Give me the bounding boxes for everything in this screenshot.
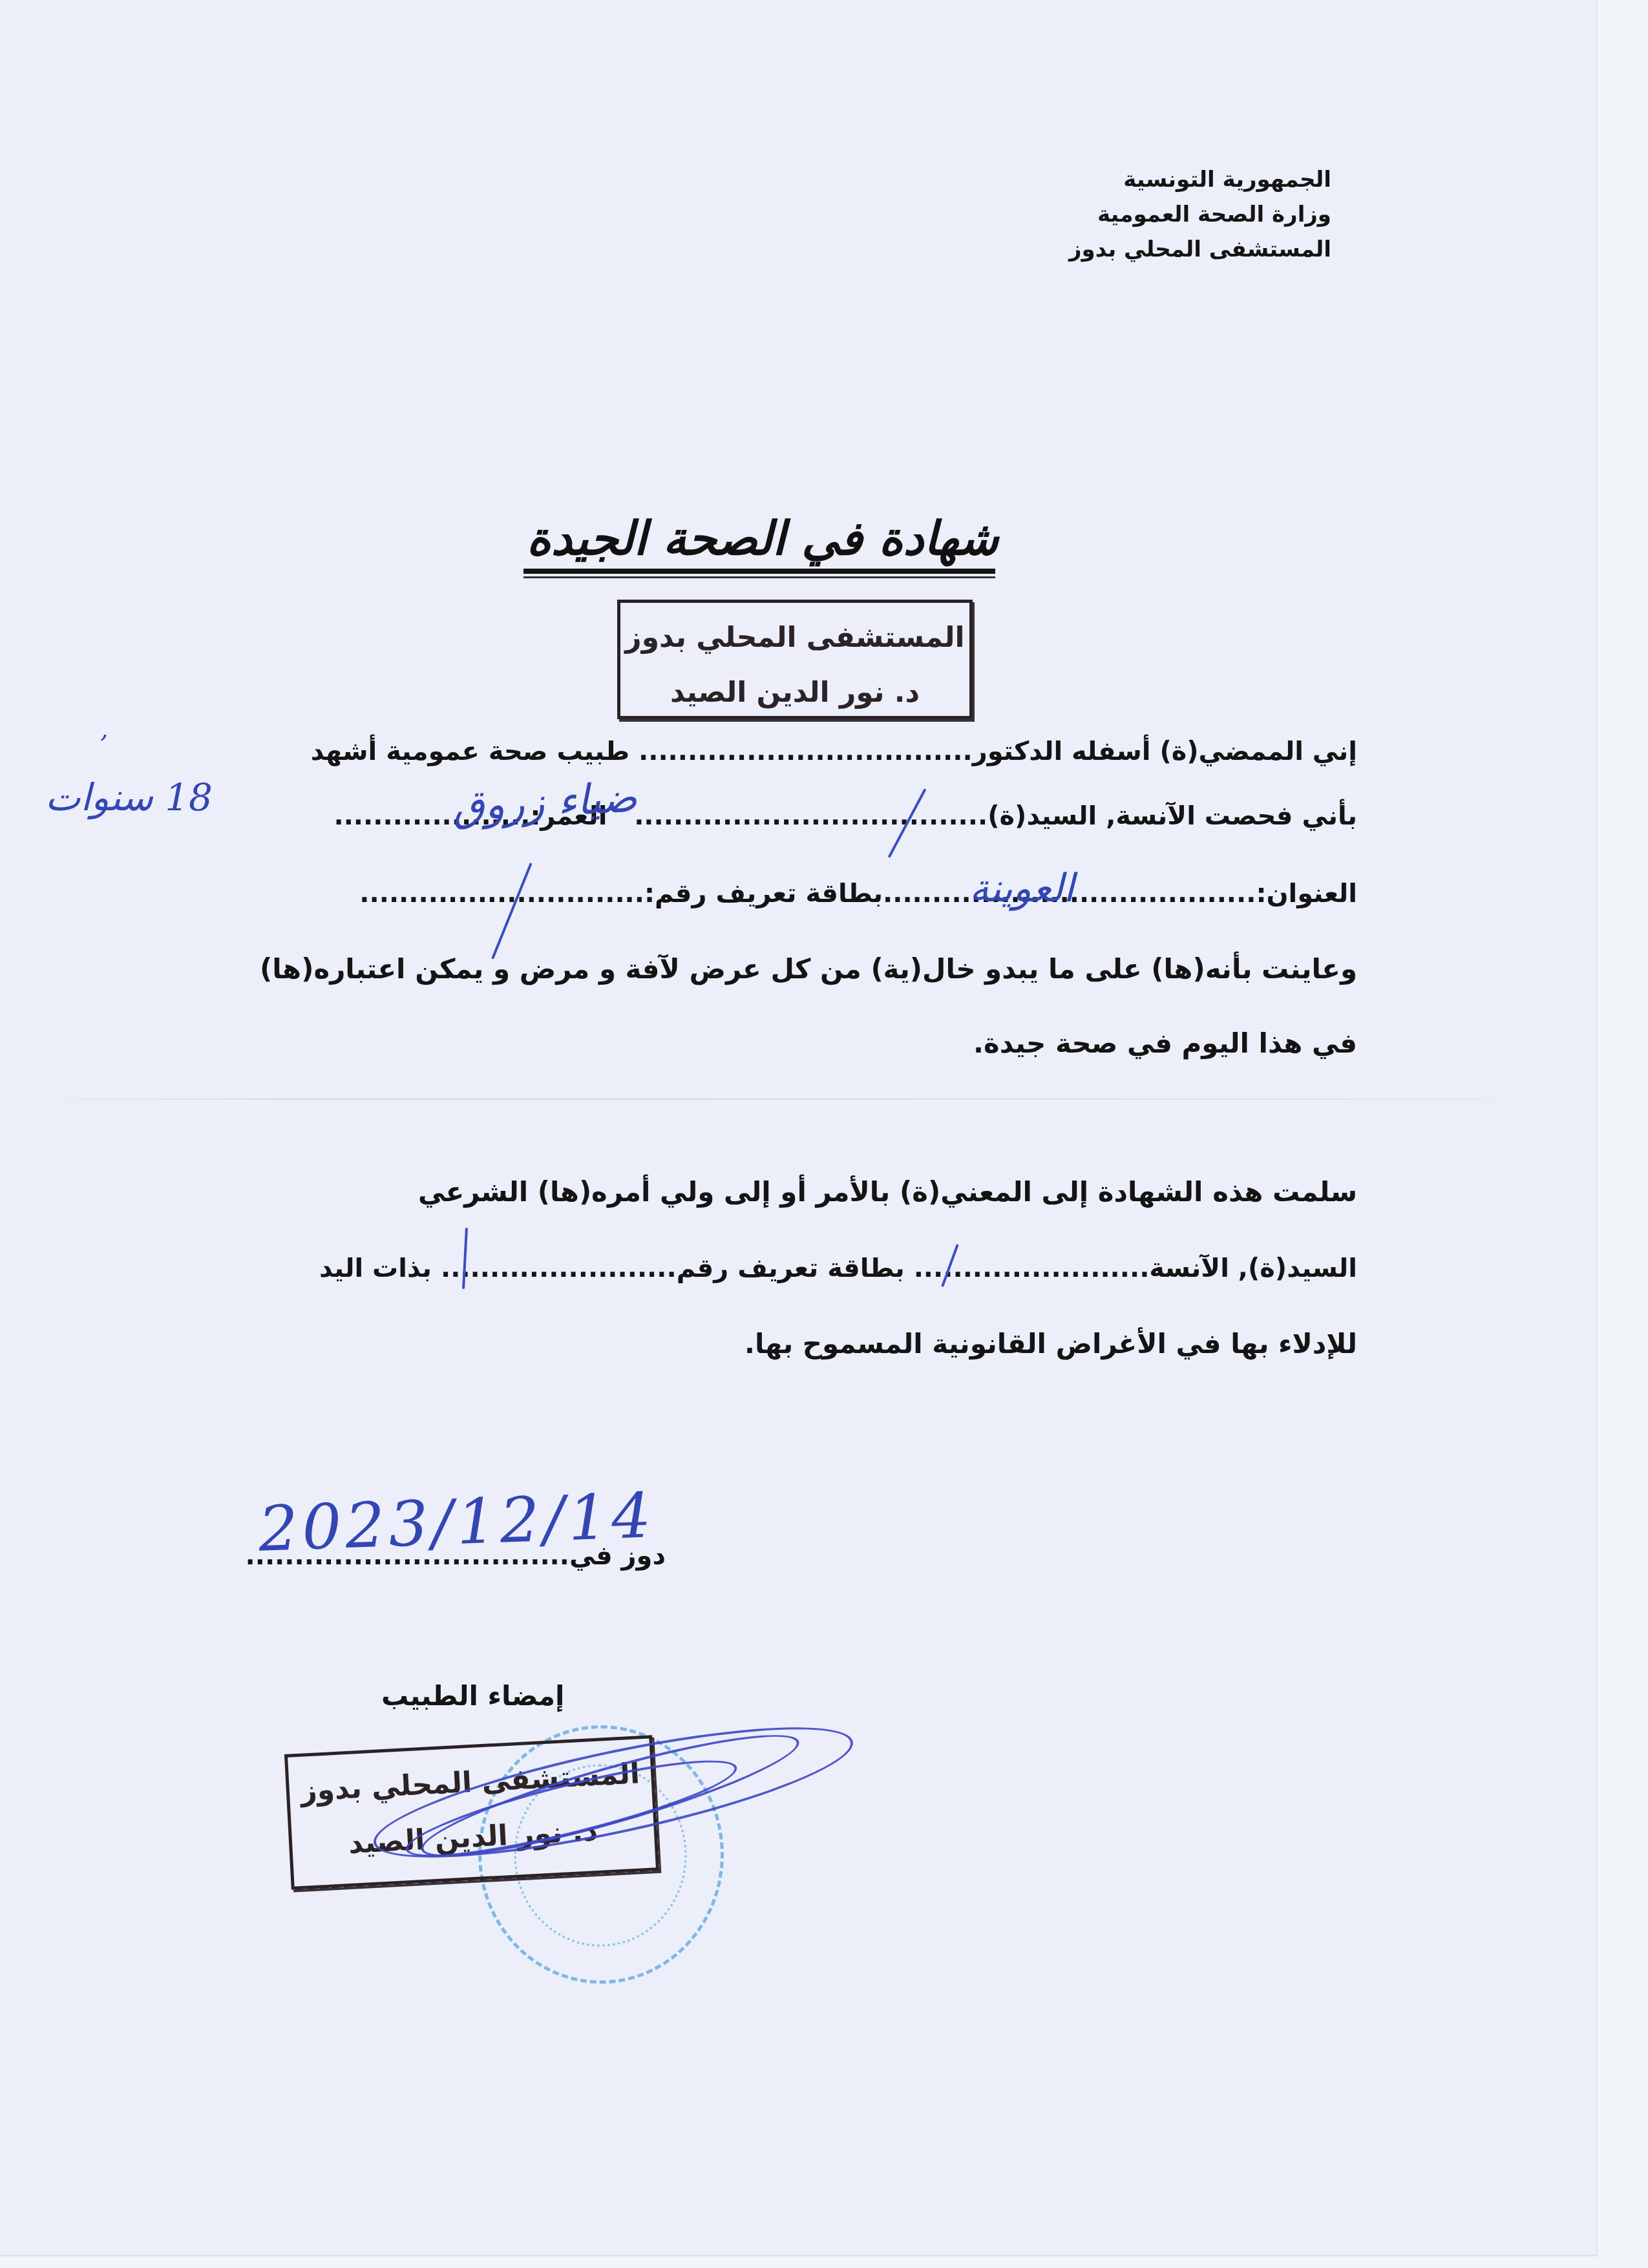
para1-line1: إني الممضي(ة) أسفله الدكتور.............… [311, 737, 1357, 766]
doctor-intro-text: إني الممضي(ة) أسفله الدكتور [973, 737, 1357, 766]
recipient-id-label: بطاقة تعريف رقم [677, 1254, 905, 1283]
paper-fold-line [0, 1098, 1596, 1100]
title-underline [523, 569, 995, 574]
doctor-stamp-top: المستشفى المحلي بدوز د. نور الدين الصيد [617, 600, 973, 719]
title-underline-2 [523, 576, 995, 578]
header-ministry: وزارة الصحة العمومية [1097, 202, 1331, 227]
certificate-page: الجمهورية التونسية وزارة الصحة العمومية … [0, 0, 1598, 2256]
pen-slash-id-card [491, 863, 533, 960]
para1-line4: وعاينت بأنه(ها) على ما يبدو خال(ية) من ك… [260, 953, 1357, 985]
pen-mark-comma: , [100, 714, 109, 744]
handwritten-age: 18 سنوات [45, 775, 213, 819]
certificate-title: شهادة في الصحة الجيدة [523, 510, 1002, 565]
handwritten-date: 2023/12/14 [257, 1479, 656, 1565]
para1-line3: العنوان:................................… [359, 879, 1357, 908]
recipient-label: السيد(ة), الآنسة [1149, 1254, 1357, 1283]
examined-text: بأني فحصت الآنسة, السيد(ة) [988, 801, 1357, 831]
doctor-title-text: طبيب صحة عمومية أشهد [311, 737, 629, 766]
recipient-id-field: ........................ [441, 1254, 677, 1283]
by-hand-text: بذات اليد [319, 1254, 432, 1283]
doctor-name-field: .................................. [639, 737, 973, 766]
para2-line3: للإدلاء بها في الأغراض القانونية المسموح… [745, 1328, 1357, 1360]
patient-name-field: .................................... [634, 801, 988, 831]
handwritten-address: العوينة [969, 866, 1074, 911]
para2-line1: سلمت هذه الشهادة إلى المعني(ة) بالأمر أو… [418, 1176, 1357, 1208]
header-hospital: المستشفى المحلي بدوز [1069, 236, 1331, 262]
address-label: العنوان: [1256, 879, 1357, 908]
stamp-hospital-name: المستشفى المحلي بدوز [620, 621, 969, 654]
header-republic: الجمهورية التونسية [1123, 167, 1331, 193]
handwritten-patient-name: ضياء زروق [451, 774, 638, 832]
para2-line2: السيد(ة), الآنسة........................… [319, 1254, 1357, 1283]
doctor-signature-label: إمضاء الطبيب [381, 1680, 564, 1712]
id-card-label: بطاقة تعريف رقم: [644, 879, 883, 908]
para1-line5: في هذا اليوم في صحة جيدة. [973, 1027, 1357, 1059]
stamp-doctor-name: د. نور الدين الصيد [620, 676, 969, 709]
id-card-field: ............................. [359, 879, 644, 908]
